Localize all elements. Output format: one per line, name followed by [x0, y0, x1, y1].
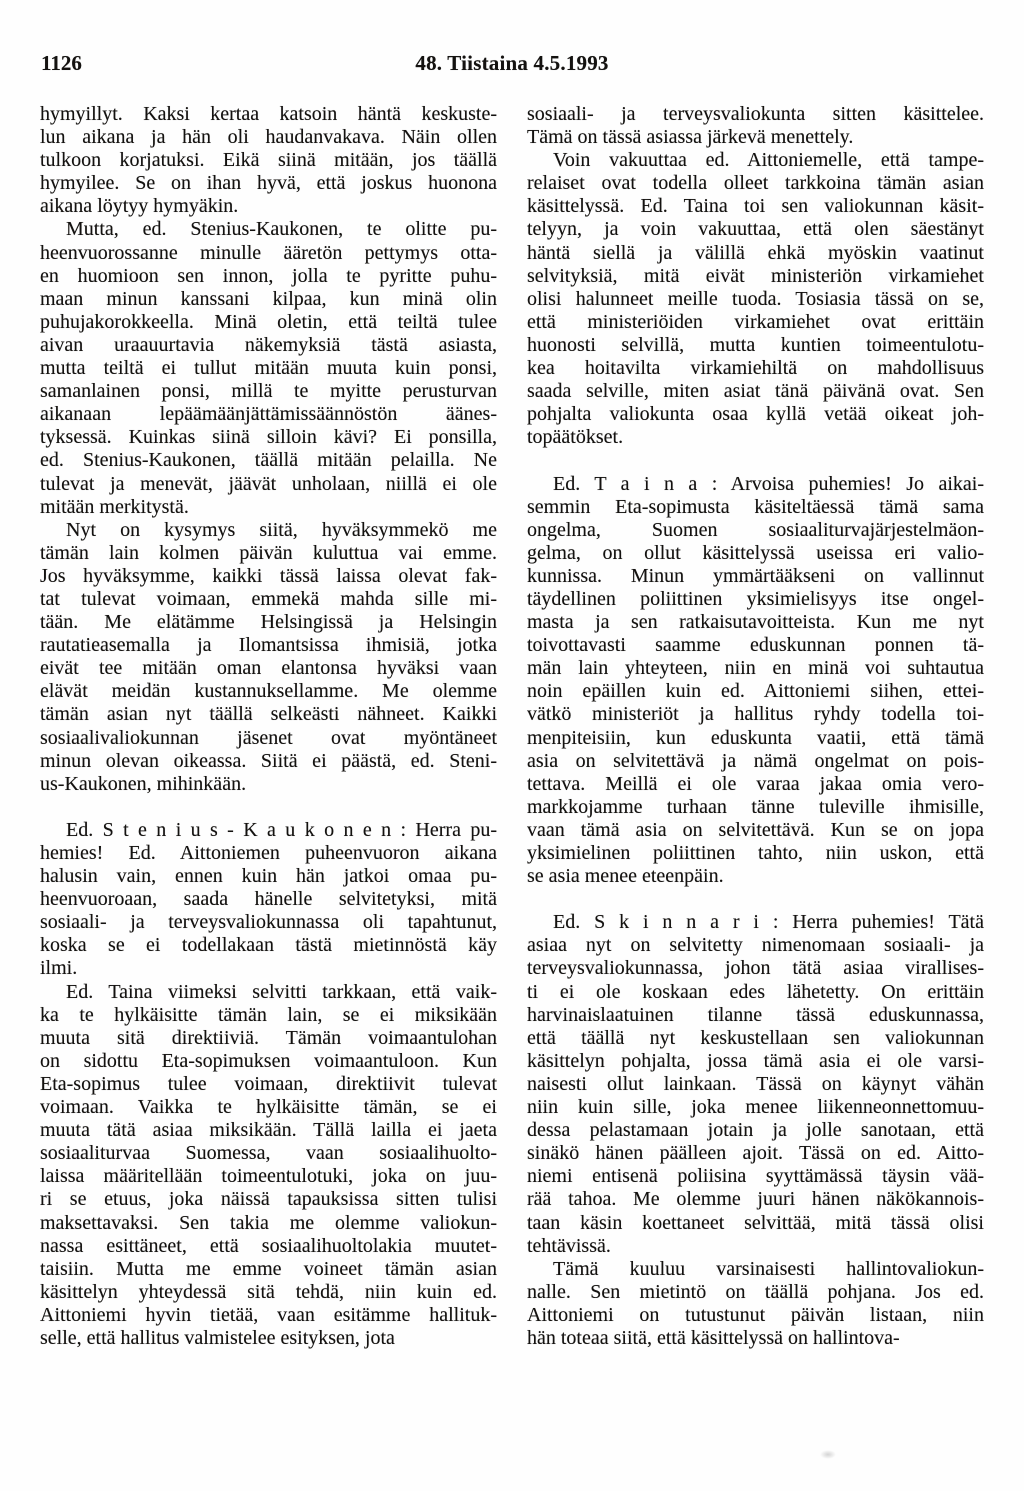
text-line: en huomioon sen innon, jolla te pyritte … — [40, 265, 497, 288]
text-line: Eta-sopimus tulee voimaan, direktiivit t… — [40, 1073, 497, 1096]
text-line: tettava. Meillä ei ole varaa jakaa omia … — [527, 773, 984, 796]
text-line: Mutta, ed. Stenius-Kaukonen, te olitte p… — [40, 218, 497, 241]
text-line: muuta sitä direktiiviä. Tämän voimaantul… — [40, 1027, 497, 1050]
text-line: tyksessä. Kuinkas siinä silloin kävi? Ei… — [40, 426, 497, 449]
text-line: vätkö ministeriöt ja hallitus ryhdy tode… — [527, 703, 984, 726]
text-line: taisiin. Mutta me emme voineet tämän asi… — [40, 1258, 497, 1281]
paragraph: hymyillyt. Kaksi kertaa katsoin häntä ke… — [40, 103, 497, 218]
text-line: käsittelyn pohjalta, jossa tämä asia ei … — [527, 1050, 984, 1073]
text-line: ti ei ole koskaan edes lähetetty. On eri… — [527, 981, 984, 1004]
text-line: yksimielinen poliittinen tahto, niin usk… — [527, 842, 984, 865]
text-line: terveysvaliokunnassa, johon tätä asiaa v… — [527, 957, 984, 980]
text-line: ongelma, Suomen sosiaaliturvajärjestelmä… — [527, 519, 984, 542]
text-line: Ed. T a i n a : Arvoisa puhemies! Jo aik… — [527, 473, 984, 496]
text-line: Tämä kuuluu varsinaisesti hallintovaliok… — [527, 1258, 984, 1281]
text-line: rää tahoa. Me olemme juuri hänen näkökan… — [527, 1188, 984, 1211]
text-line: tulevat ja menevät, jäävät unholaan, nii… — [40, 473, 497, 496]
column-right: sosiaali- ja terveysvaliokunta sitten kä… — [527, 103, 984, 1350]
text-line: niemi entisenä poliisina syyttämässä täy… — [527, 1165, 984, 1188]
text-line: mutta teiltä ei tullut mitään muuta kuin… — [40, 357, 497, 380]
paragraph: Nyt on kysymys siitä, hyväksymmekö metäm… — [40, 519, 497, 796]
text-line: vaan tämä asia on selvitettävä. Kun se o… — [527, 819, 984, 842]
page-number: 1126 — [41, 50, 82, 76]
text-line: minun olevan oikeassa. Siitä ei päästä, … — [40, 750, 497, 773]
text-line: tämän lain kolmen päivän kuluttua vai em… — [40, 542, 497, 565]
text-line: lun aikana ja hän oli haudanvakava. Näin… — [40, 126, 497, 149]
text-line: hymyilee. Se on ihan hyvä, että joskus h… — [40, 172, 497, 195]
running-title: 48. Tiistaina 4.5.1993 — [0, 50, 1024, 76]
text-line: halusin vain, ennen kuin hän jatkoi omaa… — [40, 865, 497, 888]
paragraph: Ed. S t e n i u s - K a u k o n e n : He… — [40, 819, 497, 981]
text-line: heenvuoroaan, saada hänelle selvitetyksi… — [40, 888, 497, 911]
text-line: samanlainen ponsi, millä te myitte perus… — [40, 380, 497, 403]
text-line: eivät tee mitään oman elantonsa hyväksi … — [40, 657, 497, 680]
text-line: selvityksiä, mitä eivät ministeriön virk… — [527, 265, 984, 288]
text-line: heenvuorossanne minulle ääretön pettymys… — [40, 242, 497, 265]
text-line: käsittelyssä. Ed. Taina toi sen valiokun… — [527, 195, 984, 218]
text-line: menpiteisiin, kun eduskunta vaatii, että… — [527, 727, 984, 750]
text-line: hemies! Ed. Aittoniemen puheenvuoron aik… — [40, 842, 497, 865]
text-line: sosiaali- ja terveysvaliokunnassa oli ta… — [40, 911, 497, 934]
text-line: rautatieasemalla ja Ilomantsissa ihmisiä… — [40, 634, 497, 657]
text-line: se asia menee eteenpäin. — [527, 865, 984, 888]
text-line: topäätökset. — [527, 426, 984, 449]
text-line: us-Kaukonen, mihinkään. — [40, 773, 497, 796]
text-line: koska se ei todellakaan tästä mietinnöst… — [40, 934, 497, 957]
text-line: niin kuin sille, joka menee liikenneonne… — [527, 1096, 984, 1119]
page-header: 1126 48. Tiistaina 4.5.1993 — [0, 50, 1024, 80]
text-line: hän toteaa siitä, että käsittelyssä on h… — [527, 1327, 984, 1350]
text-line: elävät meidän kustannuksellamme. Me olem… — [40, 680, 497, 703]
text-line: aikana löytyy hymyäkin. — [40, 195, 497, 218]
text-line: mitään merkitystä. — [40, 496, 497, 519]
text-line: saada selville, miten asiat tänä päivänä… — [527, 380, 984, 403]
text-line: Tämä on tässä asiassa järkevä menettely. — [527, 126, 984, 149]
text-line: toivottavasti saamme eduskunnan ponnen t… — [527, 634, 984, 657]
text-line: häntä siellä ja välillä ehkä myöskin vaa… — [527, 242, 984, 265]
text-line: sosiaali- ja terveysvaliokunta sitten kä… — [527, 103, 984, 126]
text-line: täydellinen poliittinen yksimielisyys it… — [527, 588, 984, 611]
text-line: taan käsin koettaneet selvittää, mitä tä… — [527, 1212, 984, 1235]
text-line: harvinaislaatuinen tilanne tässä eduskun… — [527, 1004, 984, 1027]
text-line: Jos hyväksymme, kaikki tässä laissa olev… — [40, 565, 497, 588]
text-line: kea hoitavilta virkamiehiltä on mahdolli… — [527, 357, 984, 380]
text-line: Ed. S t e n i u s - K a u k o n e n : He… — [40, 819, 497, 842]
text-line: kunnissa. Minun ymmärtääkseni on vallinn… — [527, 565, 984, 588]
text-line: semmin Eta-sopimusta käsiteltäessä tämä … — [527, 496, 984, 519]
paragraph: Mutta, ed. Stenius-Kaukonen, te olitte p… — [40, 218, 497, 518]
text-line: Voin vakuuttaa ed. Aittoniemelle, että t… — [527, 149, 984, 172]
text-line: maan minun kanssani kilpaa, kun minä oli… — [40, 288, 497, 311]
text-line: aivan uraauurtavia näkemyksiä tästä asia… — [40, 334, 497, 357]
text-line: maksettavaksi. Sen takia me olemme valio… — [40, 1212, 497, 1235]
paragraph: Ed. Taina viimeksi selvitti tarkkaan, et… — [40, 981, 497, 1351]
text-line: hymyillyt. Kaksi kertaa katsoin häntä ke… — [40, 103, 497, 126]
text-line: voimaan. Vaikka te hylkäisitte tämän, se… — [40, 1096, 497, 1119]
text-line: aikanaan lepäämäänjättämissäännöstön ään… — [40, 403, 497, 426]
text-line: asia on selvitettävä ja nämä ongelmat on… — [527, 750, 984, 773]
text-line: että täällä nyt keskustellaan sen valiok… — [527, 1027, 984, 1050]
text-columns: hymyillyt. Kaksi kertaa katsoin häntä ke… — [40, 103, 985, 1350]
text-line: puhujakorokkeella. Minä oletin, että tei… — [40, 311, 497, 334]
text-line: telyyn, ja voin vakuuttaa, että olen säe… — [527, 218, 984, 241]
paragraph: Ed. T a i n a : Arvoisa puhemies! Jo aik… — [527, 473, 984, 889]
text-line: sosiaalivaliokunnan jäsenet ovat myöntän… — [40, 727, 497, 750]
text-line: Aittoniemi hyvin tietää, vaan esitämme h… — [40, 1304, 497, 1327]
paragraph: sosiaali- ja terveysvaliokunta sitten kä… — [527, 103, 984, 149]
text-line: noin epäillen kuin ed. Aittoniemi siihen… — [527, 680, 984, 703]
text-line: huonosti selvillä, mutta kuntien toimeen… — [527, 334, 984, 357]
paragraph: Voin vakuuttaa ed. Aittoniemelle, että t… — [527, 149, 984, 449]
text-line: muuta tätä asiaa miksikään. Tällä lailla… — [40, 1119, 497, 1142]
text-line: tat tulevat voimaan, emmekä mahda sille … — [40, 588, 497, 611]
text-line: ed. Stenius-Kaukonen, täällä mitään pela… — [40, 449, 497, 472]
column-left: hymyillyt. Kaksi kertaa katsoin häntä ke… — [40, 103, 497, 1350]
text-line: nalle. Sen mietintö on täällä pohjana. J… — [527, 1281, 984, 1304]
text-line: ilmi. — [40, 957, 497, 980]
text-line: tehtävissä. — [527, 1235, 984, 1258]
text-line: Aittoniemi on tutustunut päivän listaan,… — [527, 1304, 984, 1327]
text-line: laissa määritellään toimeentulotuki, jok… — [40, 1165, 497, 1188]
text-line: gelma, on ollut käsittelyssä useissa eri… — [527, 542, 984, 565]
text-line: dessa pelastamaan jotain ja jolle sanota… — [527, 1119, 984, 1142]
text-line: Nyt on kysymys siitä, hyväksymmekö me — [40, 519, 497, 542]
text-line: tään. Me elätämme Helsingissä ja Helsing… — [40, 611, 497, 634]
text-line: olisi halunneet meille tuoda. Tosiasia t… — [527, 288, 984, 311]
text-line: män lain yhteyteen, niin en minä voi suh… — [527, 657, 984, 680]
text-line: Ed. S k i n n a r i : Herra puhemies! Tä… — [527, 911, 984, 934]
text-line: selle, että hallitus valmistelee esityks… — [40, 1327, 497, 1350]
text-line: on sidottu Eta-sopimuksen voimaantuloon.… — [40, 1050, 497, 1073]
text-line: ka te hylkäisitte tämän lain, se ei miks… — [40, 1004, 497, 1027]
text-line: relaiset ovat todella olleet tarkkoina t… — [527, 172, 984, 195]
text-line: tulkoon korjatuksi. Eikä siinä mitään, j… — [40, 149, 497, 172]
text-line: masta ja sen ratkaisutavoitteista. Kun m… — [527, 611, 984, 634]
text-line: markkojamme turhaan tänne tuleville ihmi… — [527, 796, 984, 819]
text-line: että ministeriöiden virkamiehet ovat eri… — [527, 311, 984, 334]
text-line: tämän asian nyt täällä selkeästi nähneet… — [40, 703, 497, 726]
text-line: Ed. Taina viimeksi selvitti tarkkaan, et… — [40, 981, 497, 1004]
document-page: 1126 48. Tiistaina 4.5.1993 hymyillyt. K… — [0, 0, 1024, 1491]
text-line: sosiaaliturvaa Suomessa, vaan sosiaalihu… — [40, 1142, 497, 1165]
text-line: naisesti ollut lainkaan. Tässä on käynyt… — [527, 1073, 984, 1096]
text-line: pohjalta valiokunta osaa kyllä vetää oik… — [527, 403, 984, 426]
text-line: nassa esittäneet, että sosiaalihuoltolak… — [40, 1235, 497, 1258]
paragraph: Ed. S k i n n a r i : Herra puhemies! Tä… — [527, 911, 984, 1257]
text-line: ri se etuus, joka näissä tapauksissa sit… — [40, 1188, 497, 1211]
text-line: asiaa nyt on selvitetty nimenomaan sosia… — [527, 934, 984, 957]
text-line: sinäkö hänen päälleen ajoit. Tässä on ed… — [527, 1142, 984, 1165]
scan-smudge — [820, 1450, 836, 1459]
text-line: käsittelyn yhteydessä sitä tehdä, niin k… — [40, 1281, 497, 1304]
paragraph: Tämä kuuluu varsinaisesti hallintovaliok… — [527, 1258, 984, 1350]
